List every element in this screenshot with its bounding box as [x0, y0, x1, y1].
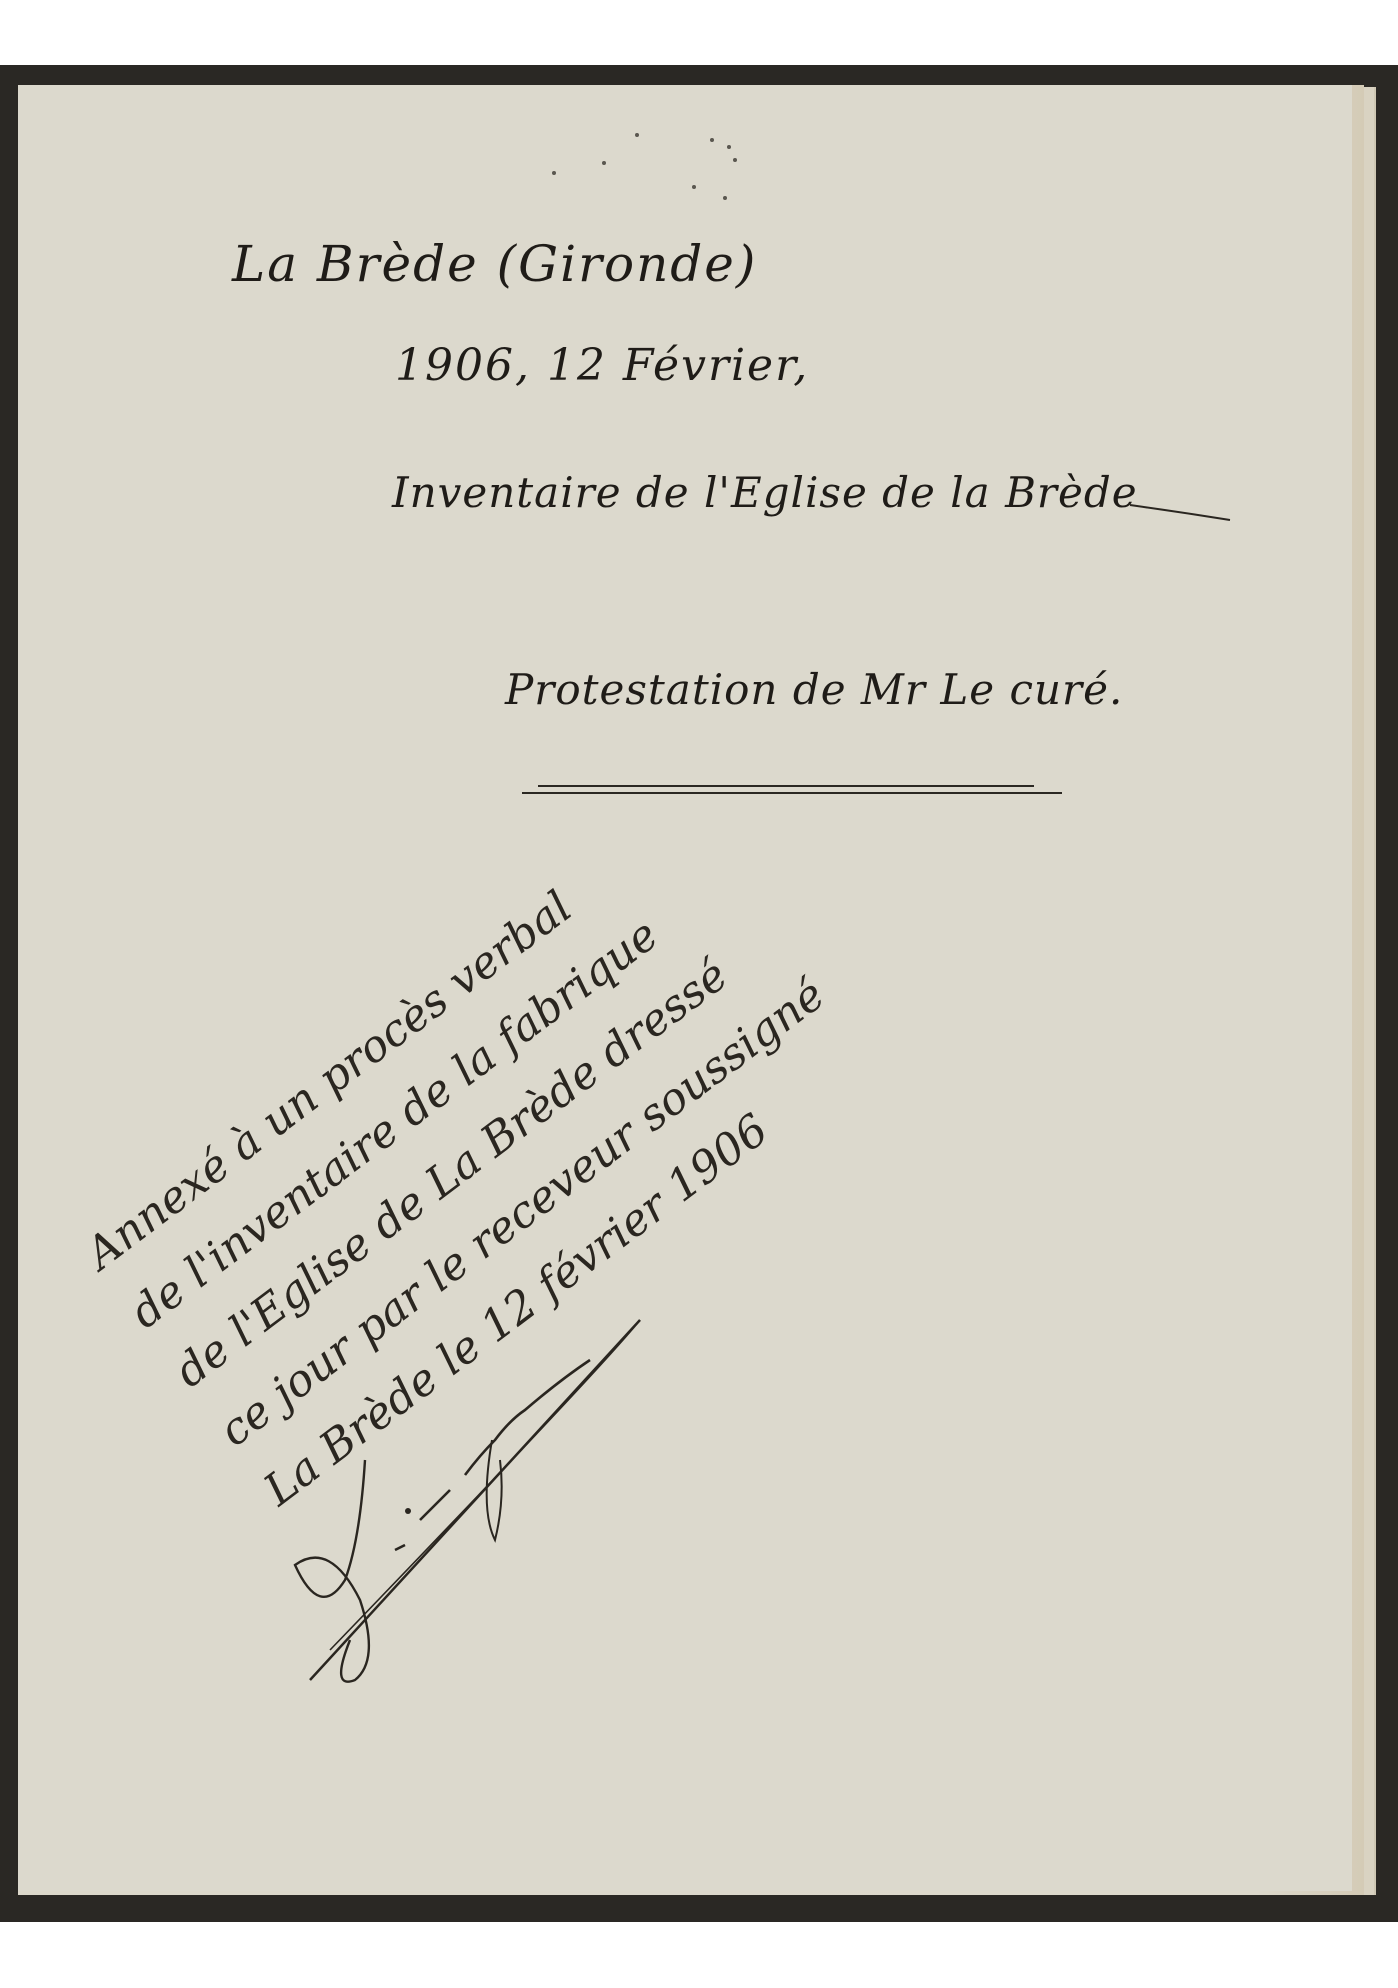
ink-speck — [723, 196, 727, 200]
ink-speck — [727, 145, 731, 149]
double-rule-top — [538, 785, 1034, 787]
document-subtitle: Protestation de Mr Le curé. — [505, 665, 1123, 714]
ink-speck — [552, 171, 556, 175]
document-title: Inventaire de l'Eglise de la Brède — [392, 468, 1138, 517]
ink-speck — [733, 158, 737, 162]
double-rule-bottom — [522, 792, 1062, 794]
ink-speck — [602, 161, 606, 165]
ink-speck — [710, 138, 714, 142]
place-heading: La Brède (Gironde) — [232, 235, 757, 293]
date-heading: 1906, 12 Février, — [395, 340, 809, 391]
ink-speck — [635, 133, 639, 137]
ink-speck — [692, 185, 696, 189]
